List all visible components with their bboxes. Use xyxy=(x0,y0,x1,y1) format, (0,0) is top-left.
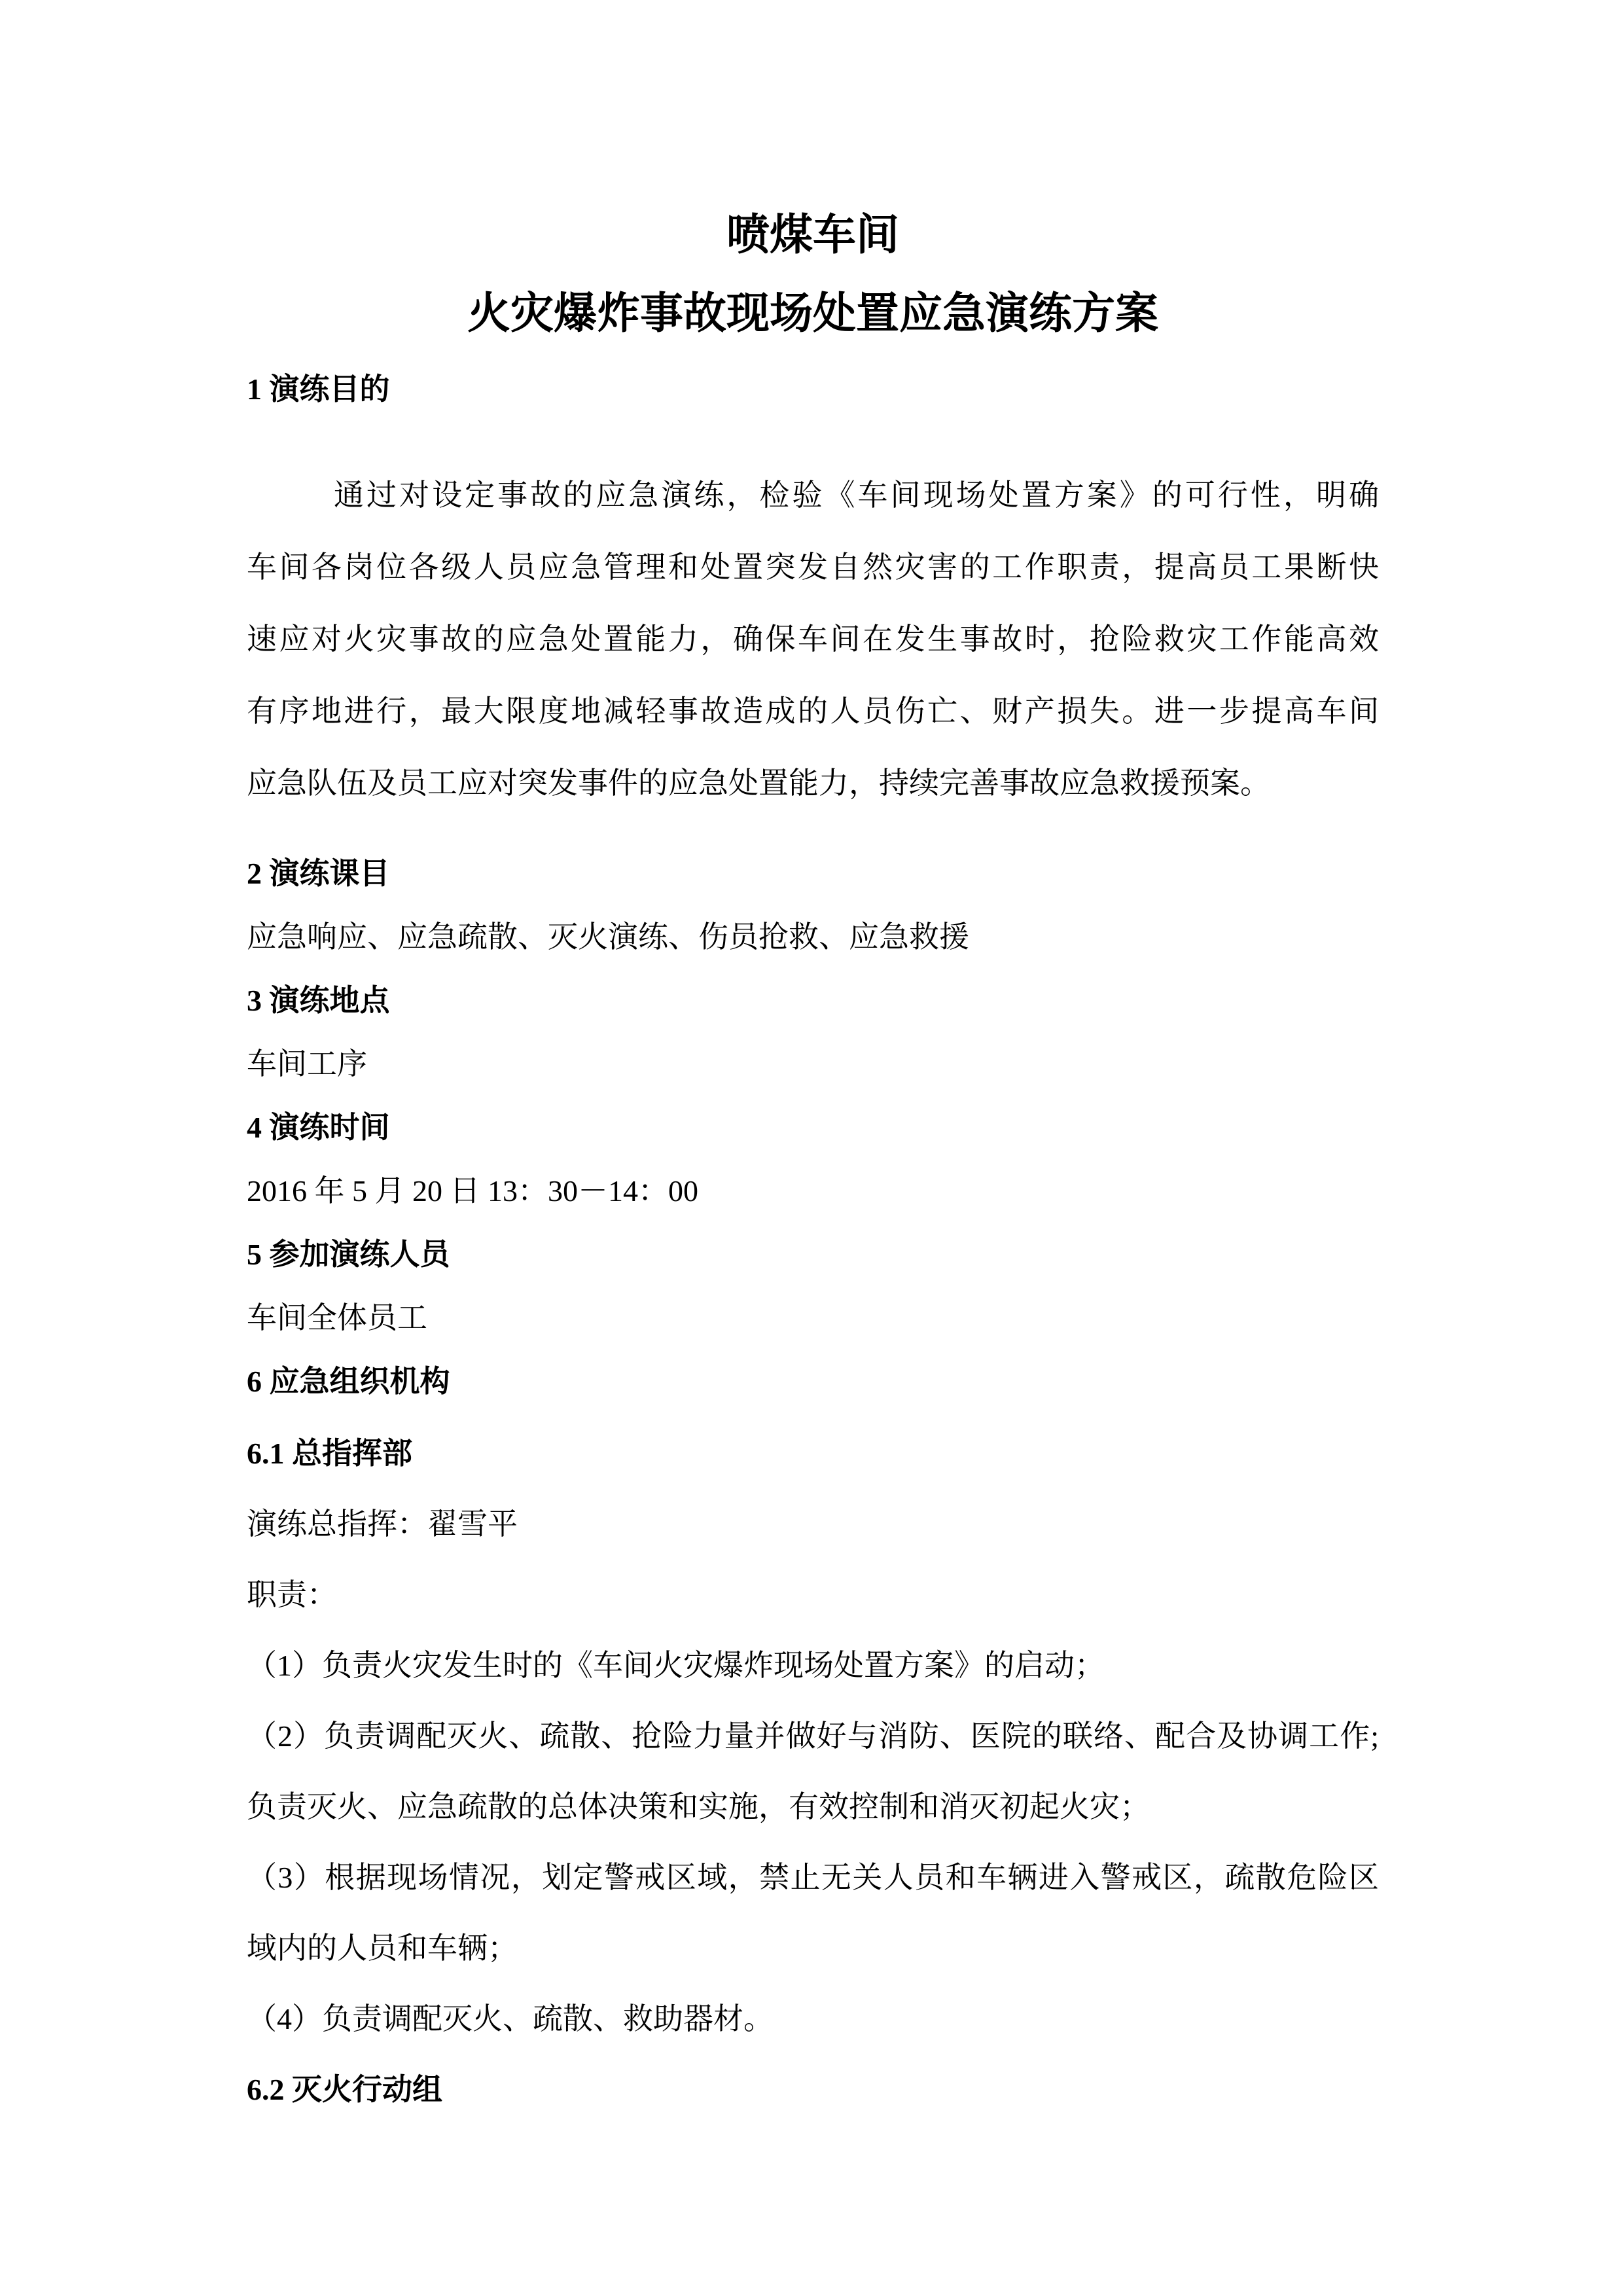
duty-item-2: （2）负责调配灭火、疏散、抢险力量并做好与消防、医院的联络、配合及协调工作; 负… xyxy=(247,1701,1379,1842)
section-3-body: 车间工序 xyxy=(247,1032,1379,1096)
duty-item-4: （4）负责调配灭火、疏散、救助器材。 xyxy=(247,1984,1379,2054)
document-page: 喷煤车间 火灾爆炸事故现场处置应急演练方案 1 演练目的 通过对设定事故的应急演… xyxy=(0,0,1623,2296)
drill-commander-line: 演练总指挥：翟雪平 xyxy=(247,1489,1379,1560)
paragraph-line: 车间各岗位各级人员应急管理和处置突发自然灾害的工作职责，提高员工果断快 xyxy=(247,531,1379,603)
section-4-heading: 4 演练时间 xyxy=(247,1096,1379,1159)
document-title-line1: 喷煤车间 xyxy=(247,196,1379,275)
section-6-2-heading: 6.2 灭火行动组 xyxy=(247,2054,1379,2125)
section-5-heading: 5 参加演练人员 xyxy=(247,1223,1379,1286)
document-content: 喷煤车间 火灾爆炸事故现场处置应急演练方案 1 演练目的 通过对设定事故的应急演… xyxy=(0,0,1623,2125)
duties-label: 职责： xyxy=(247,1560,1379,1630)
paragraph-line: 通过对设定事故的应急演练，检验《车间现场处置方案》的可行性，明确 xyxy=(247,459,1379,531)
section-1-heading: 1 演练目的 xyxy=(247,353,1379,425)
duty-item-2-line: （2）负责调配灭火、疏散、抢险力量并做好与消防、医院的联络、配合及协调工作; xyxy=(247,1701,1379,1772)
paragraph-line: 有序地进行，最大限度地减轻事故造成的人员伤亡、财产损失。进一步提高车间 xyxy=(247,675,1379,747)
duty-item-1: （1）负责火灾发生时的《车间火灾爆炸现场处置方案》的启动； xyxy=(247,1630,1379,1701)
section-1-paragraph: 通过对设定事故的应急演练，检验《车间现场处置方案》的可行性，明确 车间各岗位各级… xyxy=(247,459,1379,819)
section-6-1: 6.1 总指挥部 演练总指挥：翟雪平 职责： （1）负责火灾发生时的《车间火灾爆… xyxy=(247,1418,1379,2054)
paragraph-line: 应急队伍及员工应对突发事件的应急处置能力，持续完善事故应急救援预案。 xyxy=(247,747,1379,819)
section-3-heading: 3 演练地点 xyxy=(247,969,1379,1032)
section-4-body: 2016 年 5 月 20 日 13：30－14：00 xyxy=(247,1159,1379,1223)
duty-item-3: （3）根据现场情况，划定警戒区域，禁止无关人员和车辆进入警戒区，疏散危险区 域内… xyxy=(247,1842,1379,1984)
section-2-heading: 2 演练课目 xyxy=(247,842,1379,905)
section-6-heading: 6 应急组织机构 xyxy=(247,1350,1379,1413)
section-2-body: 应急响应、应急疏散、灭火演练、伤员抢救、应急救援 xyxy=(247,905,1379,969)
duty-item-3-line: 域内的人员和车辆； xyxy=(247,1913,1379,1984)
document-title-line2: 火灾爆炸事故现场处置应急演练方案 xyxy=(247,275,1379,353)
section-5-body: 车间全体员工 xyxy=(247,1286,1379,1350)
section-6-1-heading: 6.1 总指挥部 xyxy=(247,1418,1379,1489)
duty-item-3-line: （3）根据现场情况，划定警戒区域，禁止无关人员和车辆进入警戒区，疏散危险区 xyxy=(247,1842,1379,1913)
paragraph-line: 速应对火灾事故的应急处置能力，确保车间在发生事故时，抢险救灾工作能高效 xyxy=(247,603,1379,675)
duty-item-2-line: 负责灭火、应急疏散的总体决策和实施，有效控制和消灭初起火灾； xyxy=(247,1772,1379,1842)
